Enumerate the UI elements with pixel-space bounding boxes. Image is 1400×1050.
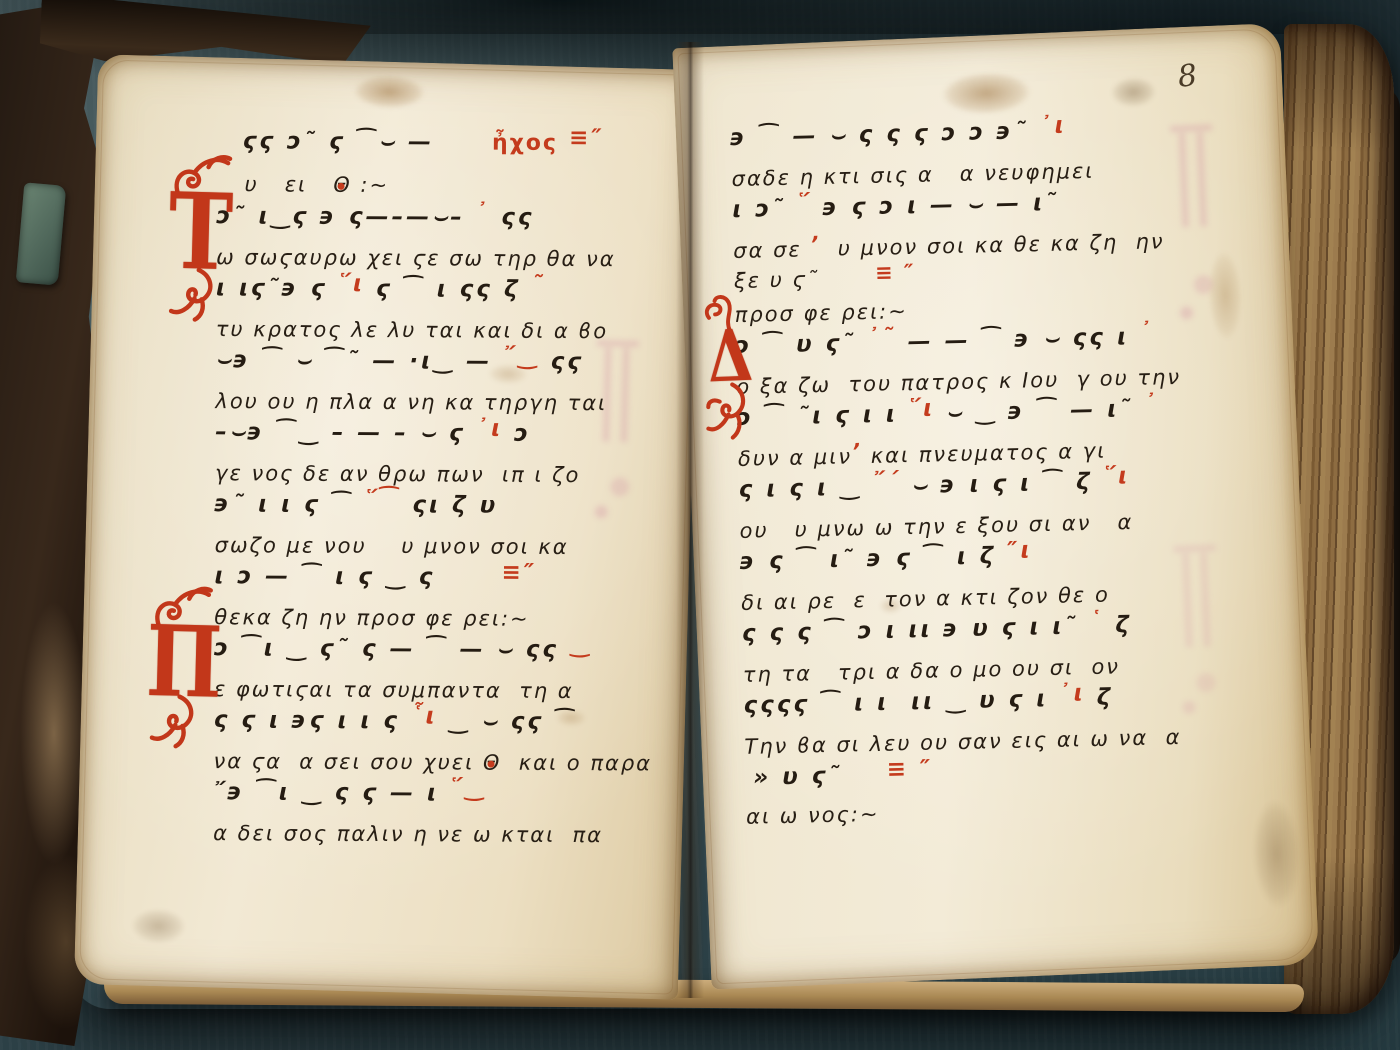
lyric-line: τυ κρατος λε λυ ται και δι α ϐο (216, 317, 666, 349)
ink-segment: γε νος δε αν θρω πων ιπ ι ζο (215, 461, 581, 487)
ink-segment: λου ου η πλα α νη κα τηργη ται (215, 389, 607, 415)
ink-segment: να ϛα α σει σου χυει (213, 749, 483, 774)
ink-segment: υ ει (245, 172, 334, 196)
neume-line: ͻ῀ ι‿ϛ ϶ ς—–—⌣– ᾿ ςς (216, 203, 666, 247)
left-page-text-block: ϛϛ ͻ῀ ϛ ⁀⌣ — ἦχος ≡″υ ει Θ :~ͻ῀ ι‿ϛ ϶ ς—… (213, 128, 667, 853)
lyric-line: υ ει Θ :~ (216, 172, 666, 205)
ink-segment: ῀ (521, 272, 547, 298)
ink-segment: ᾿ι (466, 415, 504, 441)
ink-segment: αι ω νος:~ (746, 802, 880, 829)
ink-segment: ϛ ⁀ ι ςς ζ (365, 276, 521, 303)
ink-segment: ᾿ (1133, 390, 1159, 417)
illuminated-initial-tau: Τ (163, 148, 238, 323)
ink-segment: ϛϛ ͻ῀ ϛ ⁀⌣ — (243, 128, 434, 155)
ink-segment: ι ͻ — ⁀ ι ϛ ‿ ς (214, 563, 435, 590)
initial-letter: Δ (694, 328, 766, 386)
ink-segment: ≡″ (435, 559, 537, 586)
ink-segment: ῞ι (339, 271, 366, 297)
lyric-line: ω σωϛαυρω χει ϛε σω τηρ θα να (216, 245, 666, 277)
ink-segment: θεκα ζη ην προσ φε ρει:~ (214, 605, 529, 631)
lyric-line: γε νος δε αν θρω πων ιπ ι ζο (215, 461, 665, 493)
ink-segment: ςϛ (540, 349, 584, 375)
ink-segment: ζ (1104, 612, 1132, 639)
ink-segment: Θ (483, 751, 502, 775)
neume-line: ι ιϛ῀϶ ϛ ῞ι ϛ ⁀ ι ςς ζ ῀ (216, 275, 666, 319)
folio-number: 8 (1176, 58, 1199, 95)
lyric-line: θεκα ζη ην προσ φε ρει:~ (214, 605, 664, 637)
neume-line: ϶῀ ι ι ϛ ⁀ ῞⁀ ςι ζ υ (215, 491, 665, 535)
ink-segment: ″ι (996, 537, 1033, 564)
ink-segment: ᾿ (1129, 319, 1155, 346)
ink-segment: ‿ ⌣ ςϛ ⁀ (437, 708, 577, 735)
neume-line: ͻ ⁀ι ‿ ϛ῀ ς — ⁀ — ⌣ ςς ‿ (214, 635, 664, 679)
ink-segment: ῞ι (908, 396, 935, 423)
ink-segment: ι ͻ῀ (732, 196, 798, 223)
ink-segment: ς ϛ ι ϶ϛ ι ι ς (214, 707, 411, 734)
ink-segment: ϶ ⁀ — ⌣ ς ς ϛ ͻ ͻ ϶῀ (730, 118, 1029, 151)
ink-segment: ω σωϛαυρω χει ϛε σω τηρ θα να (216, 245, 616, 271)
ink-segment: ⌣ ϶ ι ϛ ι ⁀ ζ (900, 469, 1093, 499)
illuminated-initial-pi: Π (144, 580, 218, 750)
ink-segment: » υ ϛ῀ (753, 763, 843, 791)
ink-segment: ≡ ″ (819, 260, 916, 286)
ink-segment: ῎϶ ⁀ι ‿ ς ϛ — ι (213, 779, 439, 806)
ink-segment: ῟ι (411, 703, 438, 729)
lyric-line: ε φωτιϛαι τα συμπαντα τη α (214, 677, 664, 709)
ink-segment: ʼ (810, 232, 821, 256)
ink-segment: ᾿ι (1029, 112, 1067, 139)
stain (1104, 72, 1164, 112)
ink-segment: ͻ ⁀ι ‿ ϛ῀ ς — ⁀ — ⌣ ςς (214, 635, 559, 663)
ink-segment: ῎‿ (492, 344, 540, 370)
manuscript-photo: ϛϛ ͻ῀ ϛ ⁀⌣ — ἦχος ≡″υ ει Θ :~ͻ῀ ι‿ϛ ϶ ς—… (0, 0, 1400, 1050)
ink-segment: ῞ι (1092, 463, 1130, 490)
ink-segment: α δει σος παλιν η νε ω κται πα (213, 821, 603, 847)
center-fold-gutter (676, 42, 704, 998)
neume-line: ι ͻ — ⁀ ι ϛ ‿ ς ≡″ (214, 563, 664, 607)
neume-line: –⌣϶ ⁀‿ – — – ⌣ ϛ ᾿ι ͻ (215, 419, 665, 463)
ink-segment: Θ (333, 173, 352, 197)
stain (123, 903, 194, 949)
lyric-line: α δει σος παλιν η νε ω κται πα (213, 821, 663, 853)
ink-segment: –⌣϶ ⁀‿ – — – ⌣ ϛ (215, 419, 466, 446)
ink-segment: ϶ ϛ ͻ ι — ⌣ — ι῀ (812, 190, 1060, 222)
ink-segment: ʼ (852, 439, 863, 463)
right-page: 8 ϶ ⁀ — ⌣ ς ς ϛ ͻ ͻ ϶῀ ᾿ισαδε η κτι σις … (672, 23, 1319, 990)
ink-segment: ⌣϶ ⁀ ⌣ ⁀῀ — ·ι‿ — (216, 347, 493, 374)
left-page: ϛϛ ͻ῀ ϛ ⁀⌣ — ἦχος ≡″υ ει Θ :~ͻ῀ ι‿ϛ ϶ ς—… (74, 54, 702, 999)
ink-segment: ϶῀ ι ι ϛ ⁀ (215, 491, 365, 518)
ink-segment: ᾿ (476, 200, 491, 226)
ink-segment: ͻ῀ ι‿ϛ ϶ ς—–—⌣– (216, 203, 476, 230)
ink-segment: ≡ ″ (842, 756, 933, 784)
lyric-line: λου ου η πλα α νη κα τηργη ται (215, 389, 665, 421)
right-page-text-block: ϶ ⁀ — ⌣ ς ς ϛ ͻ ͻ ϶῀ ᾿ισαδε η κτι σις α … (730, 113, 1270, 835)
ink-segment: ϶ ς ⁀ ι῀ ϶ ϛ ⁀ ι ζ (740, 543, 997, 575)
ink-segment: ᾿῀ (867, 324, 897, 351)
mode-heading: ἦχος (434, 130, 558, 156)
ink-segment: ῞⁀ (365, 487, 402, 513)
neume-line: ϛϛ ͻ῀ ϛ ⁀⌣ — ἦχος ≡″ (217, 128, 667, 174)
ink-segment: ῎΄ (873, 468, 901, 495)
ink-segment: ς ι ς ι ‿ (738, 474, 873, 503)
ink-segment: ςς (490, 205, 534, 231)
ink-segment: — — ⁀ ϶ ⌣ ςς ι (896, 324, 1129, 355)
ink-segment: ῞ (797, 190, 812, 216)
ink-segment: ῾ (1089, 608, 1104, 634)
ink-segment: ῞‿ (439, 775, 487, 801)
ink-segment: :~ (352, 173, 389, 197)
ink-segment: και ο παρα (501, 751, 652, 776)
ink-segment: ⌣ ‿ ϶ ⁀ — ι῀ (935, 396, 1134, 426)
ink-segment: ζ (1085, 685, 1113, 712)
ink-segment: δυν α μιν (738, 444, 853, 471)
neume-line: ῎϶ ⁀ι ‿ ς ϛ — ι ῞‿ (213, 779, 663, 823)
ink-segment: ‿ (559, 632, 592, 658)
ink-segment: ςι ζ υ (401, 492, 498, 519)
ink-segment: και πνευματος α γι (862, 439, 1107, 469)
neume-line: ⌣϶ ⁀ ⌣ ⁀῀ — ·ι‿ — ῎‿ ςϛ (215, 347, 665, 391)
ink-segment: σωζο με νου υ μνον σοι κα (215, 533, 569, 559)
ink-segment: σα σε (733, 237, 811, 263)
initial-letter: Τ (165, 191, 237, 275)
stain (341, 69, 438, 115)
ink-segment: τυ κρατος λε λυ ται και δι α ϐο (216, 317, 609, 343)
clasp-fitting (16, 182, 67, 285)
neume-line: ς ϛ ι ϶ϛ ι ι ς ῟ι ‿ ⌣ ςϛ ⁀ (214, 707, 664, 751)
ink-segment: ᾿ι (1059, 680, 1086, 707)
ink-segment: ε φωτιϛαι τα συμπαντα τη α (214, 677, 574, 703)
initial-letter: Π (145, 623, 217, 701)
ink-segment: ͻ (503, 421, 531, 447)
ink-segment: ≡″ (558, 125, 605, 151)
